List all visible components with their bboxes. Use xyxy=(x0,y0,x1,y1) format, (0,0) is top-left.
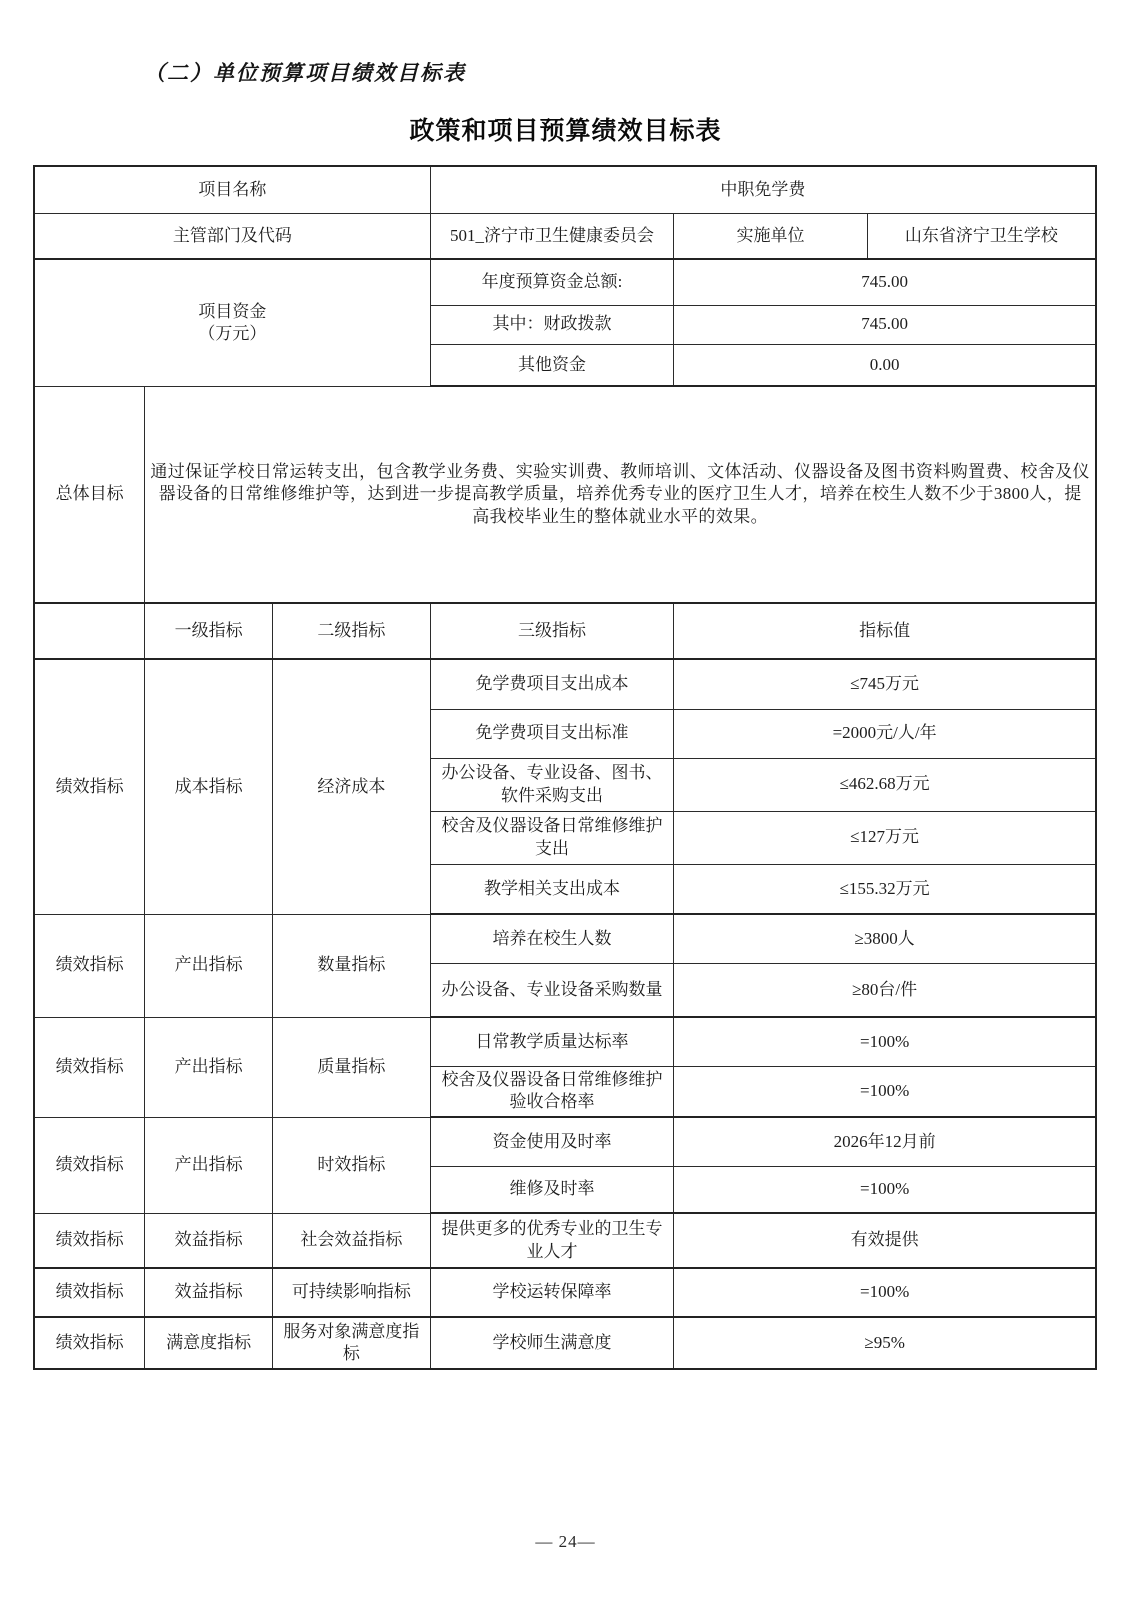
funds-other-value-cell: 0.00 xyxy=(674,344,1096,386)
indicator-level2-cell: 服务对象满意度指标 xyxy=(273,1317,431,1369)
indicator-value-cell: =100% xyxy=(674,1268,1096,1317)
indicator-level3-cell: 维修及时率 xyxy=(430,1166,674,1213)
funds-fiscal-label-cell: 其中：财政拨款 xyxy=(430,305,674,344)
table-row: 绩效指标 产出指标 时效指标 资金使用及时率 2026年12月前 xyxy=(34,1117,1096,1166)
indicator-category-cell: 绩效指标 xyxy=(34,1117,145,1213)
table-row: 绩效指标 产出指标 质量指标 日常教学质量达标率 =100% xyxy=(34,1017,1096,1066)
indicator-level1-cell: 产出指标 xyxy=(145,1117,273,1213)
overall-goal-text: 通过保证学校日常运转支出，包含教学业务费、实验实训费、教师培训、文体活动、仪器设… xyxy=(145,386,1096,603)
indicator-category-cell: 绩效指标 xyxy=(34,1213,145,1268)
table-row: 绩效指标 产出指标 数量指标 培养在校生人数 ≥3800人 xyxy=(34,914,1096,963)
indicator-level3-cell: 免学费项目支出成本 xyxy=(430,659,674,709)
indicator-level2-cell: 数量指标 xyxy=(273,914,431,1017)
header-empty-cell xyxy=(34,603,145,659)
indicator-category-cell: 绩效指标 xyxy=(34,1017,145,1117)
indicator-value-cell: ≥95% xyxy=(674,1317,1096,1369)
indicator-value-cell: ≥80台/件 xyxy=(674,963,1096,1017)
page-title: 政策和项目预算绩效目标表 xyxy=(0,111,1131,147)
project-name-value-cell: 中职免学费 xyxy=(430,166,1096,213)
indicator-level3-cell: 教学相关支出成本 xyxy=(430,864,674,914)
indicator-level3-cell: 办公设备、专业设备、图书、软件采购支出 xyxy=(430,758,674,811)
indicator-level3-cell: 日常教学质量达标率 xyxy=(430,1017,674,1066)
indicator-level2-cell: 时效指标 xyxy=(273,1117,431,1213)
header-value-cell: 指标值 xyxy=(674,603,1096,659)
indicator-value-cell: =2000元/人/年 xyxy=(674,709,1096,758)
section-heading: （二）单位预算项目绩效目标表 xyxy=(144,0,1131,87)
indicator-value-cell: ≥3800人 xyxy=(674,914,1096,963)
indicator-level3-cell: 校舍及仪器设备日常维修维护支出 xyxy=(430,811,674,864)
header-level1-cell: 一级指标 xyxy=(145,603,273,659)
impl-unit-label-cell: 实施单位 xyxy=(674,213,868,259)
impl-unit-value-cell: 山东省济宁卫生学校 xyxy=(867,213,1096,259)
performance-target-table: 项目名称 中职免学费 主管部门及代码 501_济宁市卫生健康委员会 实施单位 山… xyxy=(33,165,1097,1370)
table-row: 绩效指标 成本指标 经济成本 免学费项目支出成本 ≤745万元 xyxy=(34,659,1096,709)
table-row: 绩效指标 效益指标 社会效益指标 提供更多的优秀专业的卫生专业人才 有效提供 xyxy=(34,1213,1096,1268)
table-row: 项目名称 中职免学费 xyxy=(34,166,1096,213)
indicator-level1-cell: 产出指标 xyxy=(145,1017,273,1117)
indicator-value-cell: =100% xyxy=(674,1017,1096,1066)
indicator-level1-cell: 效益指标 xyxy=(145,1268,273,1317)
indicator-level3-cell: 培养在校生人数 xyxy=(430,914,674,963)
indicator-level1-cell: 成本指标 xyxy=(145,659,273,914)
project-name-label-cell: 项目名称 xyxy=(34,166,430,213)
table-row: 绩效指标 满意度指标 服务对象满意度指标 学校师生满意度 ≥95% xyxy=(34,1317,1096,1369)
funds-total-label-cell: 年度预算资金总额: xyxy=(430,259,674,305)
funds-fiscal-value-cell: 745.00 xyxy=(674,305,1096,344)
indicator-level2-cell: 经济成本 xyxy=(273,659,431,914)
header-level3-cell: 三级指标 xyxy=(430,603,674,659)
funds-total-value-cell: 745.00 xyxy=(674,259,1096,305)
indicator-level2-cell: 可持续影响指标 xyxy=(273,1268,431,1317)
indicator-level3-cell: 学校运转保障率 xyxy=(430,1268,674,1317)
indicator-level3-cell: 学校师生满意度 xyxy=(430,1317,674,1369)
dept-value-cell: 501_济宁市卫生健康委员会 xyxy=(430,213,674,259)
indicator-level1-cell: 效益指标 xyxy=(145,1213,273,1268)
indicator-level1-cell: 产出指标 xyxy=(145,914,273,1017)
overall-goal-label-cell: 总体目标 xyxy=(34,386,145,603)
indicator-value-cell: =100% xyxy=(674,1166,1096,1213)
indicator-value-cell: ≤462.68万元 xyxy=(674,758,1096,811)
indicator-level3-cell: 资金使用及时率 xyxy=(430,1117,674,1166)
indicator-level3-cell: 办公设备、专业设备采购数量 xyxy=(430,963,674,1017)
funds-other-label-cell: 其他资金 xyxy=(430,344,674,386)
indicator-level2-cell: 社会效益指标 xyxy=(273,1213,431,1268)
table-row: 绩效指标 效益指标 可持续影响指标 学校运转保障率 =100% xyxy=(34,1268,1096,1317)
indicator-value-cell: =100% xyxy=(674,1066,1096,1117)
indicator-value-cell: ≤127万元 xyxy=(674,811,1096,864)
indicator-level1-cell: 满意度指标 xyxy=(145,1317,273,1369)
table-row: 主管部门及代码 501_济宁市卫生健康委员会 实施单位 山东省济宁卫生学校 xyxy=(34,213,1096,259)
indicator-level3-cell: 校舍及仪器设备日常维修维护验收合格率 xyxy=(430,1066,674,1117)
indicator-value-cell: 2026年12月前 xyxy=(674,1117,1096,1166)
indicator-header-row: 一级指标 二级指标 三级指标 指标值 xyxy=(34,603,1096,659)
table-row: 项目资金 （万元） 年度预算资金总额: 745.00 xyxy=(34,259,1096,305)
indicator-level3-cell: 免学费项目支出标准 xyxy=(430,709,674,758)
indicator-category-cell: 绩效指标 xyxy=(34,1268,145,1317)
dept-label-cell: 主管部门及代码 xyxy=(34,213,430,259)
page-number: — 24— xyxy=(0,1532,1131,1552)
indicator-value-cell: ≤745万元 xyxy=(674,659,1096,709)
indicator-category-cell: 绩效指标 xyxy=(34,914,145,1017)
indicator-value-cell: 有效提供 xyxy=(674,1213,1096,1268)
document-page: （二）单位预算项目绩效目标表 政策和项目预算绩效目标表 项目名称 中职免学费 主… xyxy=(0,0,1131,1600)
indicator-category-cell: 绩效指标 xyxy=(34,659,145,914)
indicator-value-cell: ≤155.32万元 xyxy=(674,864,1096,914)
indicator-level2-cell: 质量指标 xyxy=(273,1017,431,1117)
header-level2-cell: 二级指标 xyxy=(273,603,431,659)
table-row: 总体目标 通过保证学校日常运转支出，包含教学业务费、实验实训费、教师培训、文体活… xyxy=(34,386,1096,603)
indicator-category-cell: 绩效指标 xyxy=(34,1317,145,1369)
indicator-level3-cell: 提供更多的优秀专业的卫生专业人才 xyxy=(430,1213,674,1268)
funds-label-cell: 项目资金 （万元） xyxy=(34,259,430,386)
